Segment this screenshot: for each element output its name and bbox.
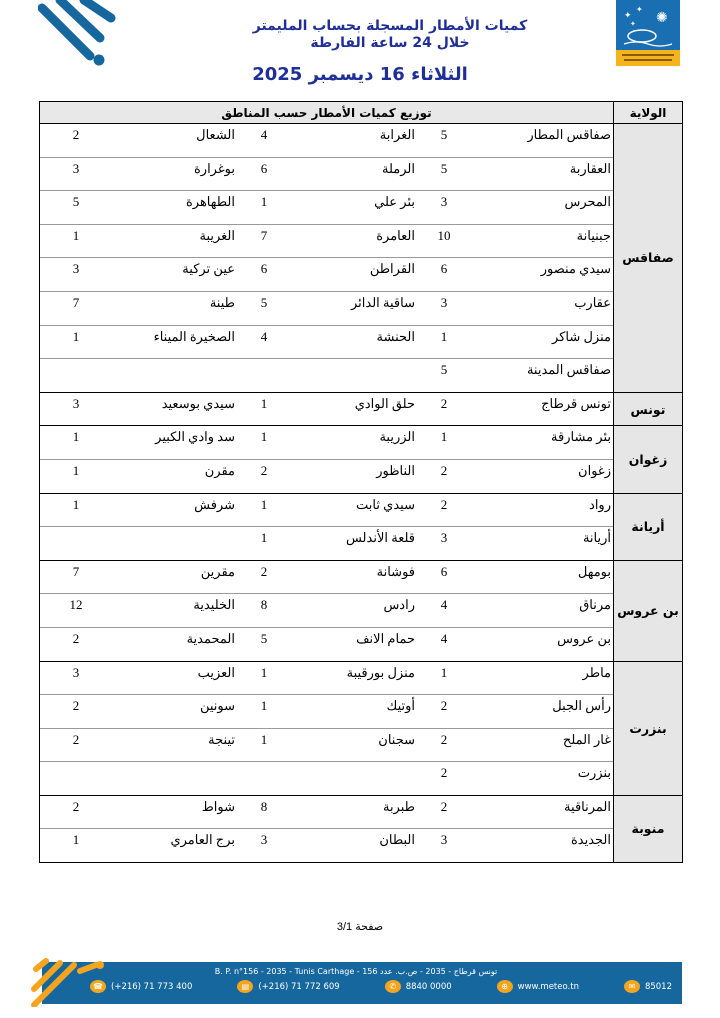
governorate-group: تونستونس قرطاج2حلق الوادي1سيدي بوسعيد3 (40, 393, 682, 427)
table-row: بئر مشارقة1الزريبة1سد وادي الكبير1 (40, 426, 613, 459)
station-name-cell: البطان (289, 829, 419, 862)
rainfall-table: الولاية توزيع كميات الأمطار حسب المناطق … (39, 101, 683, 863)
footer-contact-item: ✉85012 (624, 980, 672, 993)
station-name-cell: رادس (289, 594, 419, 627)
governorate-group: منوبةالمرناقية2طبربة8شواط2الجديدة3البطان… (40, 796, 682, 862)
station-name-cell: سيدي منصور (469, 258, 613, 291)
footer-contact-item: ▤(+216) 71 772 609 (237, 980, 339, 993)
table-row: زغوان2الناظور2مقرن1 (40, 459, 613, 493)
rainfall-value-cell: 2 (239, 561, 289, 594)
footer-contacts: ☎(+216) 71 773 400▤(+216) 71 772 609✆884… (90, 980, 672, 993)
table-row: عقارب3ساقية الدائر5طينة7 (40, 291, 613, 325)
governorate-cell: تونس (613, 393, 682, 426)
footer-contact-text: 85012 (645, 982, 672, 992)
rainfall-value-cell: 2 (419, 729, 469, 762)
rainfall-value-cell: 2 (239, 460, 289, 493)
governorate-cell: بن عروس (613, 561, 682, 661)
station-name-cell: بومهل (469, 561, 613, 594)
rainfall-value-cell: 2 (419, 695, 469, 728)
station-name-cell: الشعال (112, 124, 239, 157)
station-name-cell: المرناقية (469, 796, 613, 829)
station-name-cell: قلعة الأندلس (289, 527, 419, 560)
station-name-cell: بوغرارة (112, 158, 239, 191)
rainfall-value-cell: 1 (40, 326, 112, 359)
footer-address: B. P. n°156 - 2035 - Tunis Carthage - تو… (30, 967, 682, 976)
rainfall-value-cell: 3 (419, 292, 469, 325)
rainfall-value-cell: 2 (40, 729, 112, 762)
station-name-cell: ماطر (469, 662, 613, 695)
governorate-cell: أريانة (613, 494, 682, 560)
station-name-cell: سيدي بوسعيد (112, 393, 239, 426)
table-row: أريانة3قلعة الأندلس1 (40, 526, 613, 560)
footer-contact-item: ☎(+216) 71 773 400 (90, 980, 192, 993)
table-row: العقاربة5الرملة6بوغرارة3 (40, 157, 613, 191)
rainfall-value-cell: 1 (40, 494, 112, 527)
fax-icon: ▤ (237, 980, 253, 993)
rainfall-value-cell: 2 (419, 762, 469, 795)
rainfall-value-cell: 6 (239, 258, 289, 291)
governorate-group: أريانةرواد2سيدي ثابت1شرفش1أريانة3قلعة ال… (40, 494, 682, 561)
station-name-cell (112, 527, 239, 560)
rainfall-value-cell: 1 (40, 225, 112, 258)
rainfall-value-cell (40, 359, 112, 392)
station-name-cell: سد وادي الكبير (112, 426, 239, 459)
web-icon: ⊕ (497, 980, 513, 993)
station-name-cell: ساقية الدائر (289, 292, 419, 325)
station-name-cell: مقرن (112, 460, 239, 493)
station-name-cell (112, 359, 239, 392)
station-name-cell: شواط (112, 796, 239, 829)
table-row: سيدي منصور6القراطن6عين تركية3 (40, 257, 613, 291)
footer-contact-item[interactable]: ⊕www.meteo.tn (497, 980, 579, 993)
station-name-cell: الصخيرة الميناء (112, 326, 239, 359)
station-name-cell: رواد (469, 494, 613, 527)
table-row: بومهل6فوشانة2مقرين7 (40, 561, 613, 594)
station-name-cell: عقارب (469, 292, 613, 325)
station-name-cell: الخليدية (112, 594, 239, 627)
station-name-cell: سيدي ثابت (289, 494, 419, 527)
rainfall-value-cell: 1 (239, 729, 289, 762)
footer-banner: B. P. n°156 - 2035 - Tunis Carthage - تو… (30, 955, 682, 1005)
station-name-cell: القراطن (289, 258, 419, 291)
station-name-cell: زغوان (469, 460, 613, 493)
sms-icon: ✉ (624, 980, 640, 993)
table-row: ماطر1منزل بورقيبة1العزيب3 (40, 662, 613, 695)
table-row: المرناقية2طبربة8شواط2 (40, 796, 613, 829)
governorate-column-header: الولاية (613, 102, 682, 123)
rainfall-value-cell: 12 (40, 594, 112, 627)
rainfall-value-cell: 3 (419, 527, 469, 560)
phone-icon: ☎ (90, 980, 106, 993)
station-name-cell: الطهاهرة (112, 191, 239, 224)
station-name-cell: طبربة (289, 796, 419, 829)
rainfall-value-cell: 1 (239, 191, 289, 224)
station-name-cell: رأس الجبل (469, 695, 613, 728)
rainfall-value-cell: 1 (239, 393, 289, 426)
footer-contact-text: www.meteo.tn (518, 982, 579, 992)
station-name-cell: الرملة (289, 158, 419, 191)
rainfall-value-cell: 3 (419, 829, 469, 862)
governorate-cell: منوبة (613, 796, 682, 862)
station-name-cell: برج العامري (112, 829, 239, 862)
station-name-cell: العزيب (112, 662, 239, 695)
station-name-cell: الناظور (289, 460, 419, 493)
rainfall-value-cell: 2 (419, 494, 469, 527)
rainfall-value-cell (40, 527, 112, 560)
governorate-cell: زغوان (613, 426, 682, 492)
governorate-group: بن عروسبومهل6فوشانة2مقرين7مرناق4رادس8الخ… (40, 561, 682, 662)
station-name-cell: أريانة (469, 527, 613, 560)
report-title: كميات الأمطار المسجلة بحساب المليمتر خلا… (0, 18, 720, 52)
station-name-cell: بئر علي (289, 191, 419, 224)
footer-contact-text: (+216) 71 772 609 (258, 982, 339, 992)
station-name-cell: بئر مشارقة (469, 426, 613, 459)
title-line-1: كميات الأمطار المسجلة بحساب المليمتر (60, 18, 720, 35)
rainfall-value-cell: 2 (40, 695, 112, 728)
rainfall-value-cell: 1 (419, 426, 469, 459)
station-name-cell (289, 359, 419, 392)
station-name-cell: سونين (112, 695, 239, 728)
rainfall-value-cell: 3 (239, 829, 289, 862)
table-row: الجديدة3البطان3برج العامري1 (40, 828, 613, 862)
rainfall-value-cell: 2 (40, 124, 112, 157)
page-number: صفحة 3/1 (0, 920, 720, 933)
governorate-group: بنزرتماطر1منزل بورقيبة1العزيب3رأس الجبل2… (40, 662, 682, 796)
station-name-cell: غار الملح (469, 729, 613, 762)
station-name-cell: حلق الوادي (289, 393, 419, 426)
rainfall-value-cell: 1 (40, 460, 112, 493)
station-name-cell: صفاقس المطار (469, 124, 613, 157)
rainfall-value-cell: 1 (239, 662, 289, 695)
station-name-cell: مرناق (469, 594, 613, 627)
station-name-cell: الزريبة (289, 426, 419, 459)
governorate-group: زغوانبئر مشارقة1الزريبة1سد وادي الكبير1ز… (40, 426, 682, 493)
rainfall-value-cell: 3 (40, 158, 112, 191)
rainfall-value-cell: 1 (239, 426, 289, 459)
rainfall-value-cell: 6 (239, 158, 289, 191)
station-name-cell (112, 762, 239, 795)
rainfall-value-cell: 5 (419, 359, 469, 392)
footer-contact-text: 8840 0000 (406, 982, 452, 992)
rainfall-value-cell: 4 (419, 594, 469, 627)
rainfall-value-cell (239, 359, 289, 392)
rainfall-value-cell: 5 (419, 158, 469, 191)
footer-contact-text: (+216) 71 773 400 (111, 982, 192, 992)
rainfall-value-cell: 1 (239, 527, 289, 560)
rainfall-value-cell: 5 (419, 124, 469, 157)
table-row: تونس قرطاج2حلق الوادي1سيدي بوسعيد3 (40, 393, 613, 426)
rainfall-value-cell: 1 (419, 326, 469, 359)
rainfall-value-cell: 5 (239, 628, 289, 661)
rainfall-value-cell: 2 (40, 628, 112, 661)
rainfall-value-cell: 2 (419, 796, 469, 829)
rainfall-value-cell: 10 (419, 225, 469, 258)
table-row: غار الملح2سجنان1تينجة2 (40, 728, 613, 762)
rainfall-value-cell: 5 (40, 191, 112, 224)
station-name-cell: بنزرت (469, 762, 613, 795)
footer-contact-item: ✆8840 0000 (385, 980, 452, 993)
rainfall-value-cell: 4 (419, 628, 469, 661)
station-name-cell: جبنيانة (469, 225, 613, 258)
station-name-cell: تينجة (112, 729, 239, 762)
table-row: المحرس3بئر علي1الطهاهرة5 (40, 190, 613, 224)
station-name-cell: سجنان (289, 729, 419, 762)
table-row: جبنيانة10العامرة7الغريبة1 (40, 224, 613, 258)
rainfall-value-cell: 1 (239, 695, 289, 728)
rainfall-value-cell: 6 (419, 258, 469, 291)
station-name-cell: مقرين (112, 561, 239, 594)
rainfall-value-cell: 3 (419, 191, 469, 224)
station-name-cell: تونس قرطاج (469, 393, 613, 426)
station-name-cell: المحمدية (112, 628, 239, 661)
station-name-cell: الغرابة (289, 124, 419, 157)
table-row: صفاقس المدينة5 (40, 358, 613, 392)
station-name-cell: منزل بورقيبة (289, 662, 419, 695)
rainfall-value-cell: 7 (40, 561, 112, 594)
station-name-cell: بن عروس (469, 628, 613, 661)
governorate-cell: صفاقس (613, 124, 682, 392)
station-name-cell: منزل شاكر (469, 326, 613, 359)
hotline-icon: ✆ (385, 980, 401, 993)
rainfall-value-cell: 3 (40, 258, 112, 291)
station-name-cell (289, 762, 419, 795)
station-name-cell: أوتيك (289, 695, 419, 728)
station-name-cell: المحرس (469, 191, 613, 224)
rainfall-value-cell: 2 (419, 393, 469, 426)
table-row: رواد2سيدي ثابت1شرفش1 (40, 494, 613, 527)
svg-text:✦: ✦ (636, 5, 643, 14)
table-row: رأس الجبل2أوتيك1سونين2 (40, 694, 613, 728)
rainfall-value-cell: 1 (239, 494, 289, 527)
table-header: الولاية توزيع كميات الأمطار حسب المناطق (40, 102, 682, 124)
rainfall-value-cell: 5 (239, 292, 289, 325)
report-date: الثلاثاء 16 ديسمبر 2025 (0, 64, 720, 85)
station-name-cell: شرفش (112, 494, 239, 527)
station-name-cell: العامرة (289, 225, 419, 258)
table-row: صفاقس المطار5الغرابة4الشعال2 (40, 124, 613, 157)
rainfall-value-cell: 4 (239, 326, 289, 359)
station-name-cell: صفاقس المدينة (469, 359, 613, 392)
station-name-cell: الجديدة (469, 829, 613, 862)
table-row: منزل شاكر1الحنشة4الصخيرة الميناء1 (40, 325, 613, 359)
rainfall-value-cell: 2 (419, 460, 469, 493)
rainfall-value-cell: 8 (239, 796, 289, 829)
rainfall-value-cell: 4 (239, 124, 289, 157)
rainfall-value-cell: 3 (40, 393, 112, 426)
rainfall-value-cell (239, 762, 289, 795)
station-name-cell: عين تركية (112, 258, 239, 291)
station-name-cell: فوشانة (289, 561, 419, 594)
table-row: بن عروس4حمام الانف5المحمدية2 (40, 627, 613, 661)
rainfall-value-cell: 7 (239, 225, 289, 258)
rainfall-value-cell: 8 (239, 594, 289, 627)
station-name-cell: العقاربة (469, 158, 613, 191)
rainfall-value-cell: 1 (40, 829, 112, 862)
governorate-group: صفاقسصفاقس المطار5الغرابة4الشعال2العقارب… (40, 124, 682, 393)
rainfall-value-cell: 2 (40, 796, 112, 829)
distribution-column-header: توزيع كميات الأمطار حسب المناطق (40, 102, 613, 123)
table-row: مرناق4رادس8الخليدية12 (40, 593, 613, 627)
table-row: بنزرت2 (40, 761, 613, 795)
station-name-cell: حمام الانف (289, 628, 419, 661)
rainfall-value-cell: 7 (40, 292, 112, 325)
title-line-2: خلال 24 ساعة الفارطة (60, 35, 720, 52)
station-name-cell: الحنشة (289, 326, 419, 359)
rainfall-value-cell: 1 (40, 426, 112, 459)
rainfall-value-cell: 1 (419, 662, 469, 695)
station-name-cell: طينة (112, 292, 239, 325)
rainfall-value-cell (40, 762, 112, 795)
station-name-cell: الغريبة (112, 225, 239, 258)
governorate-cell: بنزرت (613, 662, 682, 795)
rainfall-value-cell: 6 (419, 561, 469, 594)
rainfall-value-cell: 3 (40, 662, 112, 695)
